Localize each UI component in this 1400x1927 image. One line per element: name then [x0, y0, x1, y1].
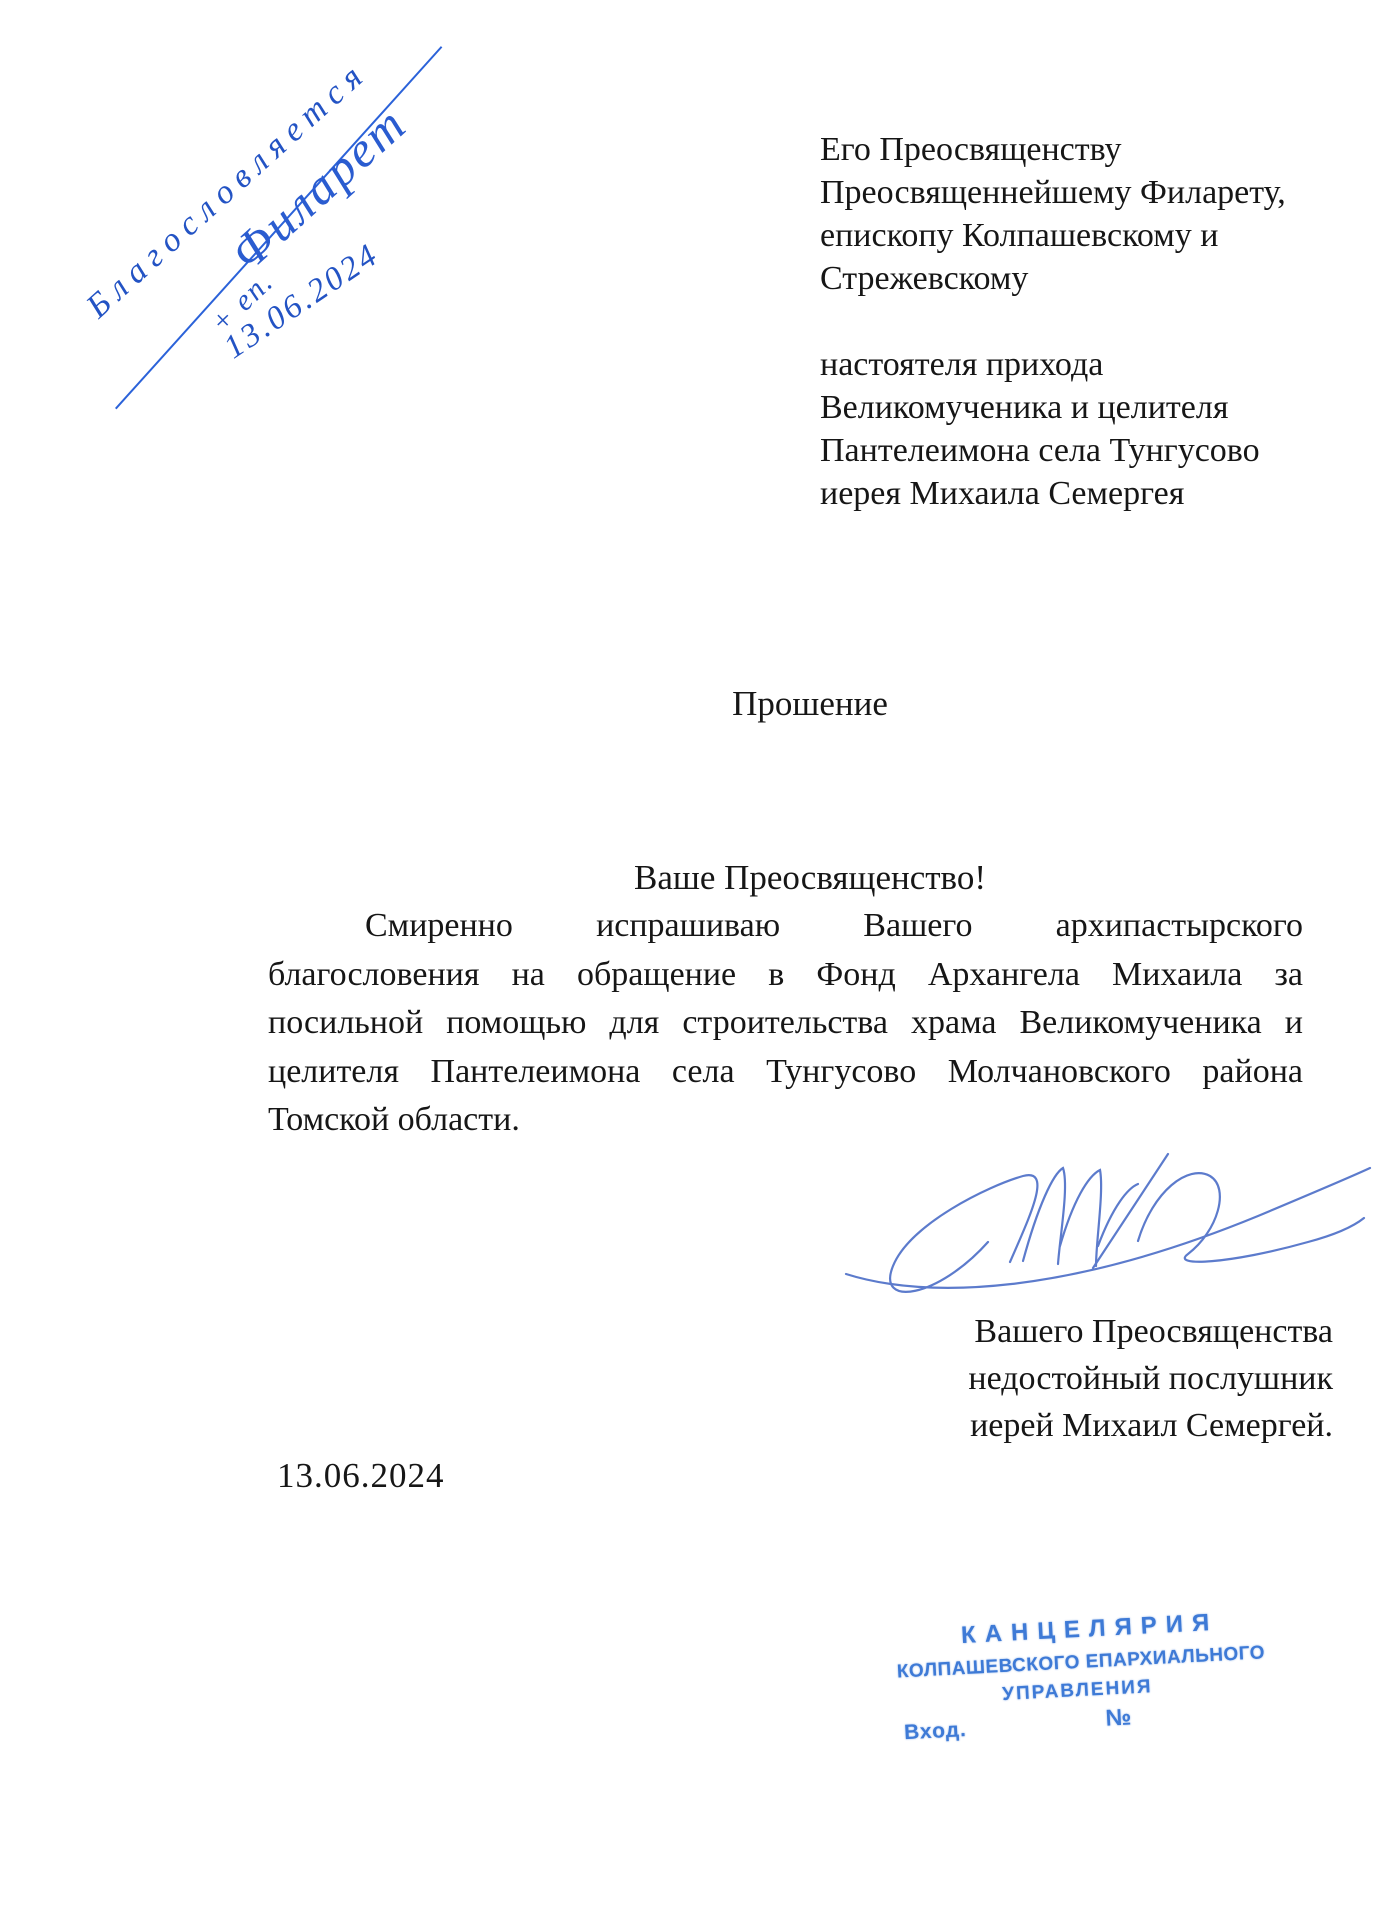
body-line: Смиренно испрашиваю Вашего архипастырско… [268, 902, 1303, 951]
body-line: посильной помощью для строительства храм… [268, 999, 1303, 1048]
stamp-incoming-label: Вход. [904, 1718, 968, 1745]
closing-block: Вашего Преосвященства недостойный послуш… [850, 1308, 1333, 1449]
stamp-number-sign: № [1105, 1703, 1132, 1731]
addressee-line: Стрежевскому [820, 257, 1286, 300]
body-line: целителя Пантелеимона села Тунгусово Мол… [268, 1048, 1303, 1097]
addressee-gap [820, 300, 1286, 343]
stamp-title: КАНЦЕЛЯРИЯ [960, 1609, 1219, 1650]
sender-line: настоятеля прихода [820, 343, 1286, 386]
handwritten-blessing: Благословляется Филарет + еп. 13.06.2024 [70, 35, 500, 445]
scanned-letter-page: Благословляется Филарет + еп. 13.06.2024… [0, 0, 1400, 1927]
sender-line: иерея Михаила Семергея [820, 472, 1286, 515]
document-date: 13.06.2024 [277, 1456, 445, 1496]
salutation: Ваше Преосвященство! [610, 858, 1010, 898]
stamp-org-line: КОЛПАШЕВСКОГО ЕПАРХИАЛЬНОГО [896, 1642, 1265, 1683]
petition-body: Смиренно испрашиваю Вашего архипастырско… [268, 902, 1303, 1145]
sender-line: Пантелеимона села Тунгусово [820, 429, 1286, 472]
addressee-line: епископу Колпашевскому и [820, 214, 1286, 257]
closing-line: иерей Михаил Семергей. [850, 1402, 1333, 1449]
document-title: Прошение [610, 684, 1010, 724]
sender-line: Великомученика и целителя [820, 386, 1286, 429]
stamp-org-line2: УПРАВЛЕНИЯ [1002, 1676, 1153, 1706]
addressee-block: Его Преосвященству Преосвященнейшему Фил… [820, 128, 1286, 515]
body-line: благословения на обращение в Фонд Арханг… [268, 951, 1303, 1000]
closing-line: Вашего Преосвященства [850, 1308, 1333, 1355]
closing-line: недостойный послушник [850, 1355, 1333, 1402]
addressee-line: Его Преосвященству [820, 128, 1286, 171]
priest-signature-scrawl [838, 1146, 1378, 1321]
chancery-stamp: КАНЦЕЛЯРИЯ КОЛПАШЕВСКОГО ЕПАРХИАЛЬНОГО У… [894, 1603, 1266, 1774]
addressee-line: Преосвященнейшему Филарету, [820, 171, 1286, 214]
body-line: Томской области. [268, 1096, 1303, 1145]
